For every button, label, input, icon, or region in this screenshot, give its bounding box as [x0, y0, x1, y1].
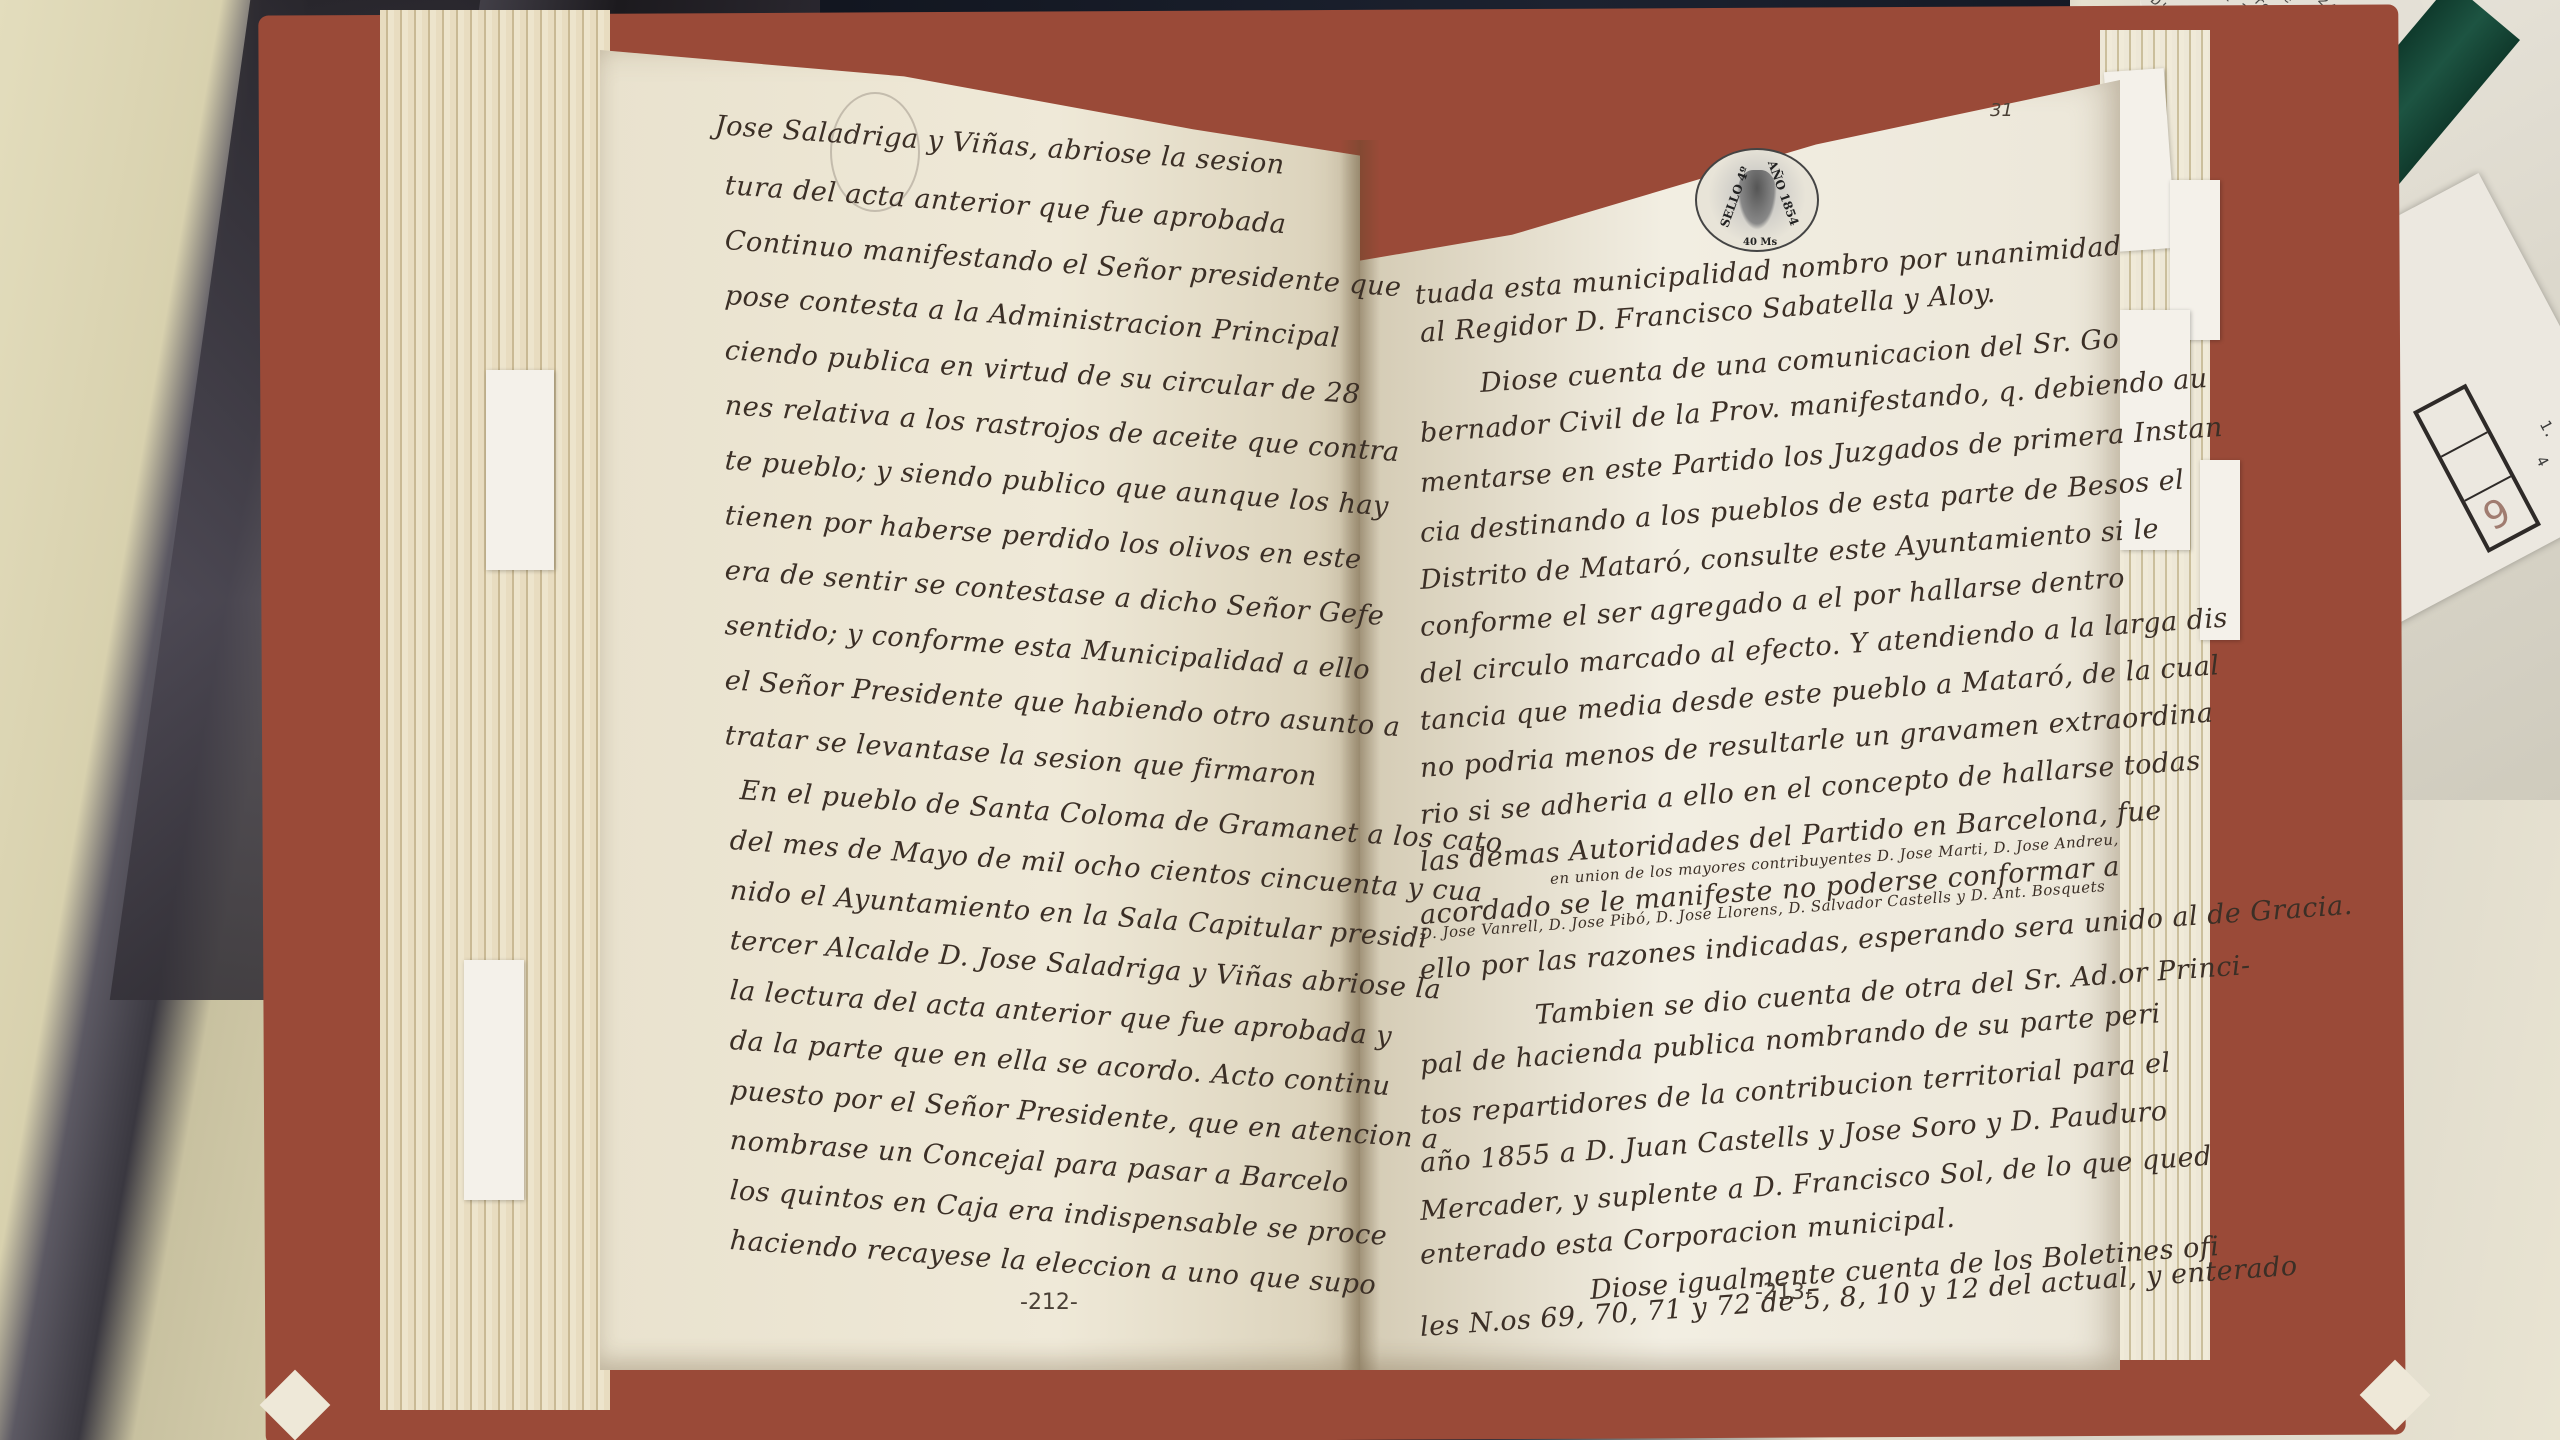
folio-mark: 31 [1990, 100, 2013, 121]
right-page-number: -213- [1755, 1280, 1813, 1305]
signature-digit: 9 [2476, 489, 2518, 539]
stamp-bottom-text: 40 Ms [1743, 237, 1777, 248]
label-side-number: 1. [2536, 417, 2560, 441]
paper-tab-marker [486, 370, 554, 570]
tax-stamp: SELLO 4º AÑO 1854 40 Ms [1695, 148, 1819, 252]
signature-boxes: 9 [2413, 384, 2541, 553]
left-page-number: -212- [1020, 1290, 1078, 1315]
page-edges-left [380, 10, 610, 1410]
paper-tab-marker [464, 960, 524, 1200]
label-side-number: 4 [2532, 453, 2552, 469]
